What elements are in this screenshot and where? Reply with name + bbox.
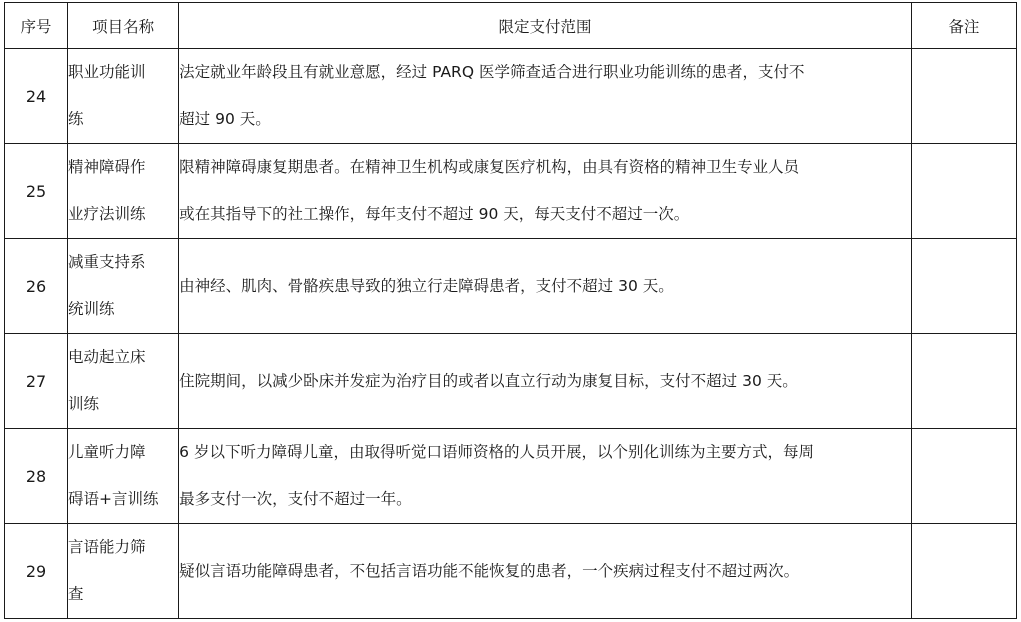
row-no: 28	[5, 429, 68, 524]
item-name-line: 训练	[68, 381, 178, 428]
scope-line: 限精神障碍康复期患者。在精神卫生机构或康复医疗机构，由具有资格的精神卫生专业人员	[179, 144, 911, 191]
item-name-line: 职业功能训	[68, 49, 178, 96]
row-payment-scope: 限精神障碍康复期患者。在精神卫生机构或康复医疗机构，由具有资格的精神卫生专业人员…	[179, 144, 912, 239]
row-note	[911, 239, 1016, 334]
item-name-line: 业疗法训练	[68, 191, 178, 238]
row-item-name: 精神障碍作 业疗法训练	[68, 144, 179, 239]
row-no: 26	[5, 239, 68, 334]
row-no: 29	[5, 524, 68, 619]
row-payment-scope: 疑似言语功能障碍患者，不包括言语功能不能恢复的患者，一个疾病过程支付不超过两次。	[179, 524, 912, 619]
row-note	[911, 524, 1016, 619]
scope-line: 由神经、肌肉、骨骼疾患导致的独立行走障碍患者，支付不超过 30 天。	[179, 263, 911, 310]
table-row: 25 精神障碍作 业疗法训练 限精神障碍康复期患者。在精神卫生机构或康复医疗机构…	[5, 144, 1017, 239]
header-row: 序号 项目名称 限定支付范围 备注	[5, 3, 1017, 49]
row-no: 25	[5, 144, 68, 239]
table-row: 28 儿童听力障 碍语+言训练 6 岁以下听力障碍儿童，由取得听觉口语师资格的人…	[5, 429, 1017, 524]
scope-line: 法定就业年龄段且有就业意愿，经过 PARQ 医学筛查适合进行职业功能训练的患者，…	[179, 49, 911, 96]
header-payment-scope: 限定支付范围	[179, 3, 912, 49]
item-name-line: 言语能力筛	[68, 524, 178, 571]
scope-line: 最多支付一次，支付不超过一年。	[179, 476, 911, 523]
row-item-name: 电动起立床 训练	[68, 334, 179, 429]
item-name-line: 减重支持系	[68, 239, 178, 286]
item-name-line: 查	[68, 571, 178, 618]
row-item-name: 儿童听力障 碍语+言训练	[68, 429, 179, 524]
row-item-name: 言语能力筛 查	[68, 524, 179, 619]
row-payment-scope: 住院期间，以减少卧床并发症为治疗目的或者以直立行动为康复目标，支付不超过 30 …	[179, 334, 912, 429]
row-note	[911, 429, 1016, 524]
item-name-line: 统训练	[68, 286, 178, 333]
item-name-line: 碍语+言训练	[68, 476, 178, 523]
scope-line: 疑似言语功能障碍患者，不包括言语功能不能恢复的患者，一个疾病过程支付不超过两次。	[179, 548, 911, 595]
row-note	[911, 49, 1016, 144]
row-no: 27	[5, 334, 68, 429]
table-row: 24 职业功能训 练 法定就业年龄段且有就业意愿，经过 PARQ 医学筛查适合进…	[5, 49, 1017, 144]
row-payment-scope: 由神经、肌肉、骨骼疾患导致的独立行走障碍患者，支付不超过 30 天。	[179, 239, 912, 334]
row-payment-scope: 法定就业年龄段且有就业意愿，经过 PARQ 医学筛查适合进行职业功能训练的患者，…	[179, 49, 912, 144]
row-note	[911, 334, 1016, 429]
row-payment-scope: 6 岁以下听力障碍儿童，由取得听觉口语师资格的人员开展，以个别化训练为主要方式，…	[179, 429, 912, 524]
scope-line: 超过 90 天。	[179, 96, 911, 143]
row-item-name: 职业功能训 练	[68, 49, 179, 144]
scope-line: 6 岁以下听力障碍儿童，由取得听觉口语师资格的人员开展，以个别化训练为主要方式，…	[179, 429, 911, 476]
item-name-line: 练	[68, 96, 178, 143]
item-name-line: 儿童听力障	[68, 429, 178, 476]
item-name-line: 电动起立床	[68, 334, 178, 381]
table-row: 29 言语能力筛 查 疑似言语功能障碍患者，不包括言语功能不能恢复的患者，一个疾…	[5, 524, 1017, 619]
row-item-name: 减重支持系 统训练	[68, 239, 179, 334]
table-row: 27 电动起立床 训练 住院期间，以减少卧床并发症为治疗目的或者以直立行动为康复…	[5, 334, 1017, 429]
row-note	[911, 144, 1016, 239]
header-item-name: 项目名称	[68, 3, 179, 49]
payment-scope-table: 序号 项目名称 限定支付范围 备注 24 职业功能训 练 法定就业年龄段且有就业…	[4, 2, 1017, 619]
row-no: 24	[5, 49, 68, 144]
header-note: 备注	[911, 3, 1016, 49]
scope-line: 住院期间，以减少卧床并发症为治疗目的或者以直立行动为康复目标，支付不超过 30 …	[179, 358, 911, 405]
table-row: 26 减重支持系 统训练 由神经、肌肉、骨骼疾患导致的独立行走障碍患者，支付不超…	[5, 239, 1017, 334]
scope-line: 或在其指导下的社工操作，每年支付不超过 90 天，每天支付不超过一次。	[179, 191, 911, 238]
header-no: 序号	[5, 3, 68, 49]
item-name-line: 精神障碍作	[68, 144, 178, 191]
